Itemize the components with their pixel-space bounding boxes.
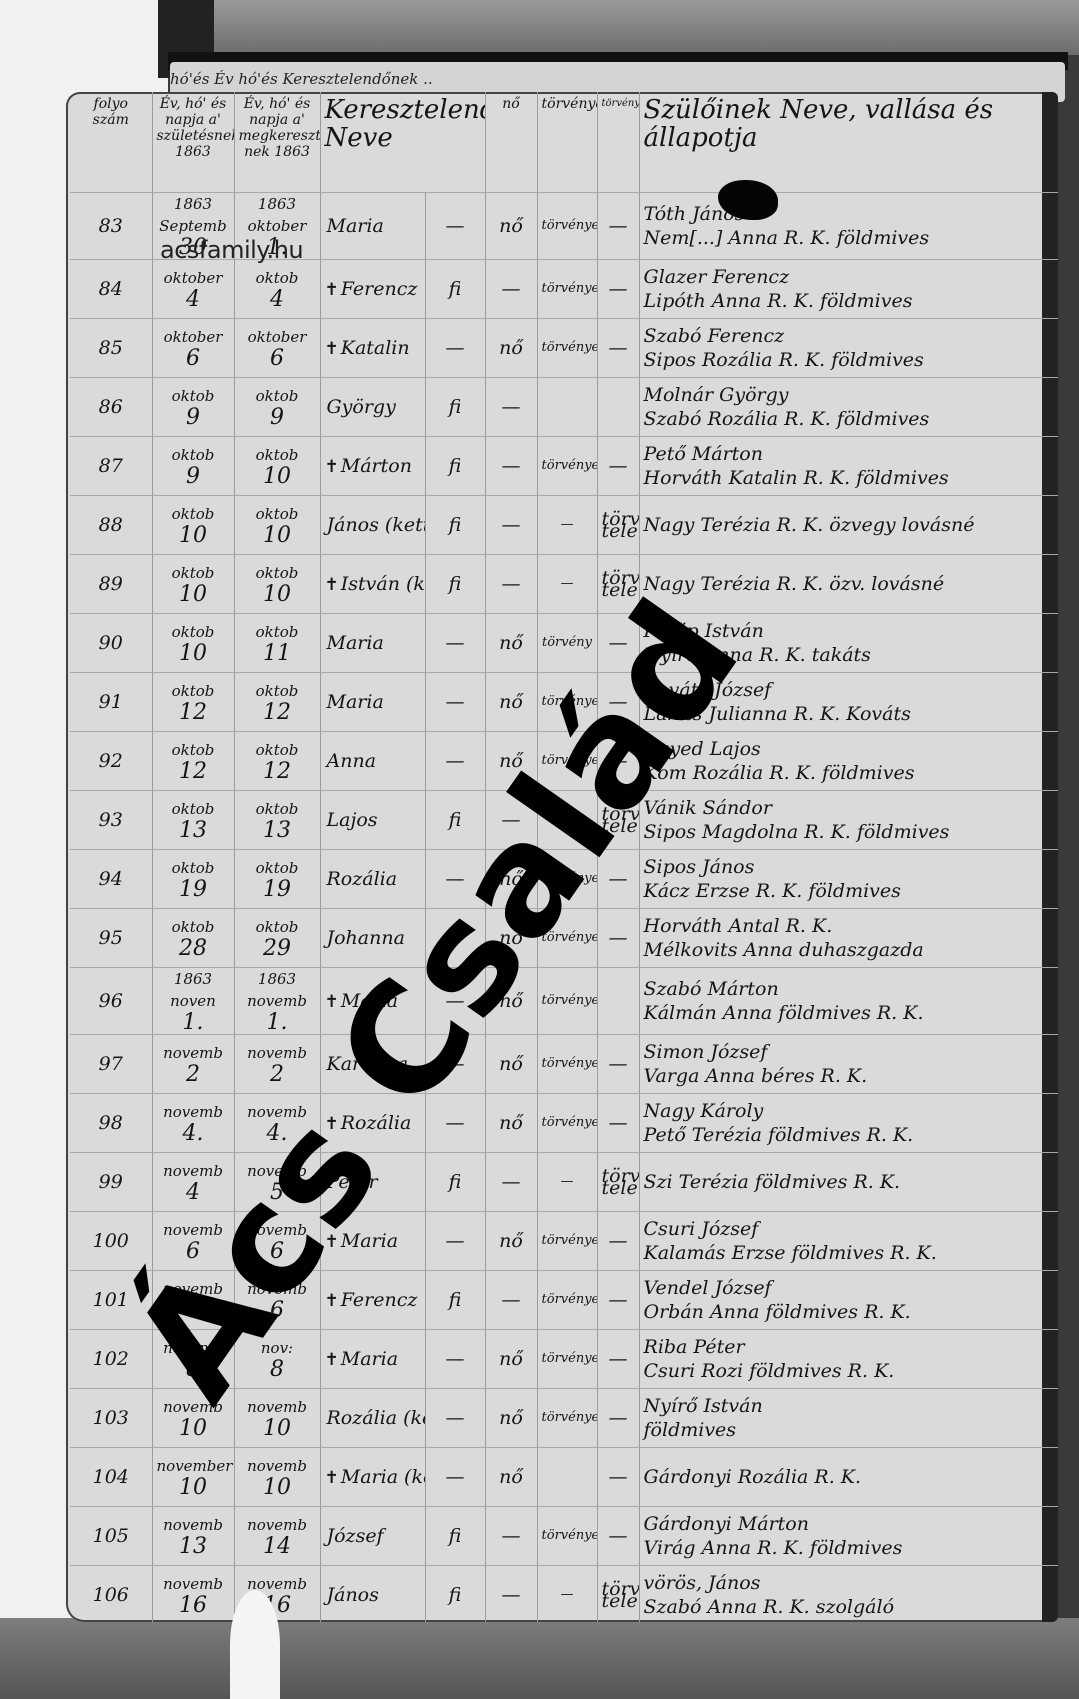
parent-line: Varga Anna béres R. K. <box>644 1064 1058 1088</box>
parent-line: Tóth János <box>644 202 1058 226</box>
entry-number: 95 <box>70 909 152 968</box>
male-mark: — <box>425 614 485 673</box>
entry-number: 93 <box>70 791 152 850</box>
baptism-day: 9 <box>239 407 316 429</box>
birth-month: oktob <box>157 739 230 761</box>
entry-number: 87 <box>70 437 152 496</box>
parents-info: vörös, JánosSzabó Anna R. K. szolgáló <box>639 1566 1058 1623</box>
male-mark: — <box>425 732 485 791</box>
birth-day: 13 <box>157 1536 230 1558</box>
parents-info: Simon JózsefVarga Anna béres R. K. <box>639 1035 1058 1094</box>
illegitimate-mark: — <box>597 1035 639 1094</box>
baptism-day: 4 <box>239 289 316 311</box>
deceased-cross-icon: ✝ <box>325 1350 339 1370</box>
parents-info: Szabó FerenczSipos Rozália R. K. földmiv… <box>639 319 1058 378</box>
parent-line: Nagy Terézia R. K. özv. lovásné <box>644 572 1058 596</box>
parent-line: Vendel József <box>644 1276 1058 1300</box>
register-row: 84oktober4oktob4✝Ferenczfi—törvényes—Gla… <box>70 260 1058 319</box>
baptism-date: oktob13 <box>234 791 320 850</box>
birth-day: 9 <box>157 407 230 429</box>
birth-month: 1863 noven <box>157 968 230 1012</box>
parents-info: Nagy KárolyPető Terézia földmives R. K. <box>639 1094 1058 1153</box>
illegitimate-mark: — <box>597 1212 639 1271</box>
parent-line: Glazer Ferencz <box>644 265 1058 289</box>
illegitimate-mark: törvény telen <box>597 496 639 555</box>
entry-number: 103 <box>70 1389 152 1448</box>
parent-line: Szabó Anna R. K. szolgáló <box>644 1595 1058 1619</box>
birth-date: oktob12 <box>152 673 234 732</box>
baptism-month: oktob <box>239 562 316 584</box>
scan-background-top <box>214 0 1079 55</box>
birth-month: novemb <box>157 1042 230 1064</box>
child-name-text: Maria (kettős) <box>341 1466 425 1488</box>
parent-line: Horváth Katalin R. K. földmives <box>644 466 1058 490</box>
child-name: Maria <box>320 614 425 673</box>
baptism-day: 19 <box>239 879 316 901</box>
legitimate-mark <box>537 378 597 437</box>
parents-info: Pető MártonHorváth Katalin R. K. földmiv… <box>639 437 1058 496</box>
child-name-text: Maria <box>327 215 384 237</box>
register-row: 87oktob9oktob10✝Mártonfi—törvényes—Pető … <box>70 437 1058 496</box>
birth-date: novemb4. <box>152 1094 234 1153</box>
illegitimate-mark: — <box>597 193 639 260</box>
legitimate-mark <box>537 1448 597 1507</box>
entry-number: 89 <box>70 555 152 614</box>
parents-info: Szabó MártonKálmán Anna földmives R. K. <box>639 968 1058 1035</box>
baptism-date: oktober6 <box>234 319 320 378</box>
birth-month: novemb <box>157 1101 230 1123</box>
underlying-page-header: hó'és Év hó'és Keresztelendőnek .. <box>170 70 433 88</box>
legitimate-mark: törvényes <box>537 1094 597 1153</box>
col-header-number: folyo szám <box>70 92 152 193</box>
register-row: 90oktob10oktob11Maria—nőtörvény—Fülöp Is… <box>70 614 1058 673</box>
scan-background-bottom <box>0 1618 1079 1699</box>
header-row: folyo szám Év, hó' és napja a' születésn… <box>70 92 1058 193</box>
male-mark: fi <box>425 378 485 437</box>
baptism-month: oktob <box>239 267 316 289</box>
parent-line: Horváth Antal R. K. <box>644 914 1058 938</box>
female-mark: — <box>485 496 537 555</box>
baptism-date: novemb14 <box>234 1507 320 1566</box>
entry-number: 97 <box>70 1035 152 1094</box>
child-name: Rozália (kettős) <box>320 1389 425 1448</box>
birth-date: oktob28 <box>152 909 234 968</box>
male-mark: — <box>425 319 485 378</box>
parents-info: Nyírő Istvánföldmives <box>639 1389 1058 1448</box>
female-mark: nő <box>485 193 537 260</box>
parents-info: Nagy Terézia R. K. özv. lovásné <box>639 555 1058 614</box>
baptism-day: 10 <box>239 584 316 606</box>
baptism-day: 29 <box>239 938 316 960</box>
register-row: 98novemb4.novemb4.✝Rozália—nőtörvényes—N… <box>70 1094 1058 1153</box>
baptism-date: oktob10 <box>234 555 320 614</box>
deceased-cross-icon: ✝ <box>325 339 339 359</box>
birth-date: oktob13 <box>152 791 234 850</box>
parent-line: Pető Márton <box>644 442 1058 466</box>
baptism-date: oktob29 <box>234 909 320 968</box>
baptism-day: 12 <box>239 702 316 724</box>
female-mark: — <box>485 1566 537 1623</box>
birth-date: oktob9 <box>152 437 234 496</box>
parents-info: Glazer FerenczLipóth Anna R. K. földmive… <box>639 260 1058 319</box>
baptism-month: oktob <box>239 916 316 938</box>
parent-line: Orbán Anna földmives R. K. <box>644 1300 1058 1324</box>
baptism-day: 10 <box>239 1477 316 1499</box>
female-mark: — <box>485 1153 537 1212</box>
birth-month: oktob <box>157 562 230 584</box>
baptism-day: 10 <box>239 1418 316 1440</box>
entry-number: 98 <box>70 1094 152 1153</box>
entry-number: 92 <box>70 732 152 791</box>
child-name-text: Márton <box>341 455 412 477</box>
baptism-day: 12 <box>239 761 316 783</box>
male-mark: — <box>425 1212 485 1271</box>
register-row: 97novemb2novemb2Karolina—nőtörvényes—Sim… <box>70 1035 1058 1094</box>
birth-month: oktob <box>157 798 230 820</box>
parent-line: Nem[...] Anna R. K. földmives <box>644 226 1058 250</box>
birth-month: oktob <box>157 503 230 525</box>
illegitimate-mark <box>597 968 639 1035</box>
child-name-text: Lajos <box>327 809 378 831</box>
illegitimate-mark: — <box>597 437 639 496</box>
birth-month: oktob <box>157 385 230 407</box>
child-name: Lajos <box>320 791 425 850</box>
birth-day: 2 <box>157 1064 230 1086</box>
legitimate-mark: törvényes <box>537 319 597 378</box>
parent-line: Pető Terézia földmives R. K. <box>644 1123 1058 1147</box>
entry-number: 94 <box>70 850 152 909</box>
birth-month: oktob <box>157 444 230 466</box>
female-mark: nő <box>485 1389 537 1448</box>
child-name-text: Ferencz <box>341 1289 418 1311</box>
birth-month: 1863 Septemb <box>157 193 230 237</box>
male-mark: — <box>425 1389 485 1448</box>
birth-date: oktob19 <box>152 850 234 909</box>
entry-number: 91 <box>70 673 152 732</box>
illegitimate-mark: — <box>597 1094 639 1153</box>
baptism-month: novemb <box>239 1514 316 1536</box>
baptism-date: oktob9 <box>234 378 320 437</box>
child-name: Maria <box>320 193 425 260</box>
parent-line: Virág Anna R. K. földmives <box>644 1536 1058 1560</box>
birth-month: november <box>157 1455 230 1477</box>
entry-number: 88 <box>70 496 152 555</box>
legitimate-mark: törvényes <box>537 1271 597 1330</box>
parents-info: Horváth Antal R. K.Mélkovits Anna duhasz… <box>639 909 1058 968</box>
child-name: ✝Maria <box>320 1330 425 1389</box>
parent-line: Kalamás Erzse földmives R. K. <box>644 1241 1058 1265</box>
parent-line: Sipos Magdolna R. K. földmives <box>644 820 1058 844</box>
female-mark: — <box>485 1507 537 1566</box>
birth-date: novemb2 <box>152 1035 234 1094</box>
baptism-day: 11 <box>239 643 316 665</box>
male-mark: fi <box>425 437 485 496</box>
entry-number: 99 <box>70 1153 152 1212</box>
legitimate-mark: törvényesek <box>537 1389 597 1448</box>
female-mark: nő <box>485 319 537 378</box>
birth-date: oktob10 <box>152 555 234 614</box>
entry-number: 90 <box>70 614 152 673</box>
baptism-date: 1863 novemb1. <box>234 968 320 1035</box>
male-mark: fi <box>425 1271 485 1330</box>
entry-number: 83 <box>70 193 152 260</box>
parent-line: földmives <box>644 1418 1058 1442</box>
child-name-text: György <box>327 396 396 418</box>
baptism-day: 10 <box>239 466 316 488</box>
legitimate-mark: törvényes <box>537 437 597 496</box>
baptism-day: 14 <box>239 1536 316 1558</box>
illegitimate-mark: — <box>597 1507 639 1566</box>
birth-date: oktob9 <box>152 378 234 437</box>
baptism-date: oktob12 <box>234 732 320 791</box>
parent-line: Molnár György <box>644 383 1058 407</box>
birth-month: novemb <box>157 1514 230 1536</box>
child-name: ✝Márton <box>320 437 425 496</box>
parent-line: Gárdonyi Márton <box>644 1512 1058 1536</box>
baptism-month: oktob <box>239 680 316 702</box>
birth-day: 13 <box>157 820 230 842</box>
page-tab <box>230 1590 280 1699</box>
col-header-female: nő <box>485 92 537 193</box>
child-name: ✝Maria (kettős) <box>320 1448 425 1507</box>
baptism-day: 13 <box>239 820 316 842</box>
birth-day: 16 <box>157 1595 230 1617</box>
child-name-text: János (kettős) <box>327 514 426 536</box>
baptism-date: oktob11 <box>234 614 320 673</box>
birth-day: 4 <box>157 289 230 311</box>
birth-day: 10 <box>157 1477 230 1499</box>
legitimate-mark: — <box>537 1566 597 1623</box>
baptism-month: 1863 novemb <box>239 968 316 1012</box>
baptism-month: oktob <box>239 503 316 525</box>
entry-number: 104 <box>70 1448 152 1507</box>
entry-number: 96 <box>70 968 152 1035</box>
register-row: 104november10novemb10✝Maria (kettős)—nő—… <box>70 1448 1058 1507</box>
child-name: János <box>320 1566 425 1623</box>
parents-info: Sipos JánosKácz Erzse R. K. földmives <box>639 850 1058 909</box>
parent-line: Sipos Rozália R. K. földmives <box>644 348 1058 372</box>
birth-day: 10 <box>157 584 230 606</box>
male-mark: — <box>425 1448 485 1507</box>
male-mark: fi <box>425 260 485 319</box>
child-name-text: Maria <box>341 1348 398 1370</box>
baptism-month: oktober <box>239 326 316 348</box>
parents-info: Tóth JánosNem[...] Anna R. K. földmives <box>639 193 1058 260</box>
entry-number: 85 <box>70 319 152 378</box>
col-header-birth-date: Év, hó' és napja a' születésnek 1863 <box>152 92 234 193</box>
child-name: György <box>320 378 425 437</box>
birth-date: november10 <box>152 1448 234 1507</box>
parent-line: Nagy Terézia R. K. özvegy lovásné <box>644 513 1058 537</box>
birth-month: oktober <box>157 267 230 289</box>
child-name-text: Maria <box>327 632 384 654</box>
entry-number: 106 <box>70 1566 152 1623</box>
baptism-month: oktob <box>239 385 316 407</box>
register-row: 85oktober6oktober6✝Katalin—nőtörvényes—S… <box>70 319 1058 378</box>
birth-date: oktober4 <box>152 260 234 319</box>
birth-month: oktober <box>157 326 230 348</box>
female-mark: nő <box>485 1094 537 1153</box>
parent-line: Kácz Erzse R. K. földmives <box>644 879 1058 903</box>
baptism-date: oktob4 <box>234 260 320 319</box>
parent-line: Sipos János <box>644 855 1058 879</box>
parent-line: Nyírő István <box>644 1394 1058 1418</box>
baptism-day: 6 <box>239 348 316 370</box>
legitimate-mark: — <box>537 555 597 614</box>
parent-line: Vánik Sándor <box>644 796 1058 820</box>
birth-day: 12 <box>157 702 230 724</box>
register-row: 89oktob10oktob10✝István (kettős)fi——törv… <box>70 555 1058 614</box>
birth-day: 28 <box>157 938 230 960</box>
illegitimate-mark: — <box>597 1330 639 1389</box>
baptism-date: oktob10 <box>234 437 320 496</box>
illegitimate-mark: — <box>597 909 639 968</box>
female-mark: nő <box>485 1448 537 1507</box>
parent-line: Csuri József <box>644 1217 1058 1241</box>
birth-day: 10 <box>157 643 230 665</box>
illegitimate-mark: törvény telen <box>597 1153 639 1212</box>
legitimate-mark: törvényes <box>537 1507 597 1566</box>
deceased-cross-icon: ✝ <box>325 280 339 300</box>
baptism-month: oktob <box>239 739 316 761</box>
legitimate-mark: törvényes <box>537 1035 597 1094</box>
birth-date: novemb16 <box>152 1566 234 1623</box>
parent-line: Kálmán Anna földmives R. K. <box>644 1001 1058 1025</box>
parents-info: Vendel JózsefOrbán Anna földmives R. K. <box>639 1271 1058 1330</box>
female-mark: nő <box>485 1330 537 1389</box>
register-row: 86oktob9oktob9Györgyfi—Molnár GyörgySzab… <box>70 378 1058 437</box>
register-row: 106novemb16novemb16Jánosfi——törvény tele… <box>70 1566 1058 1623</box>
col-header-parents: Szülőinek Neve, vallása és állapotja <box>639 92 1058 193</box>
parent-line: vörös, János <box>644 1571 1058 1595</box>
parent-line: Lipóth Anna R. K. földmives <box>644 289 1058 313</box>
parent-line: Gárdonyi Rozália R. K. <box>644 1465 1058 1489</box>
female-mark: — <box>485 437 537 496</box>
male-mark: — <box>425 673 485 732</box>
female-mark: — <box>485 260 537 319</box>
entry-number: 100 <box>70 1212 152 1271</box>
child-name: József <box>320 1507 425 1566</box>
child-name-text: István (kettős) <box>341 573 425 595</box>
child-name-text: József <box>327 1525 384 1547</box>
birth-day: 19 <box>157 879 230 901</box>
birth-month: oktob <box>157 621 230 643</box>
parents-info: Vánik SándorSipos Magdolna R. K. földmiv… <box>639 791 1058 850</box>
parent-line: Csuri Rozi földmives R. K. <box>644 1359 1058 1383</box>
parents-info: Molnár GyörgySzabó Rozália R. K. földmiv… <box>639 378 1058 437</box>
birth-day: 10 <box>157 1418 230 1440</box>
male-mark: fi <box>425 1566 485 1623</box>
legitimate-mark: törvényes <box>537 1212 597 1271</box>
illegitimate-mark: — <box>597 319 639 378</box>
female-mark: nő <box>485 1212 537 1271</box>
entry-number: 86 <box>70 378 152 437</box>
illegitimate-mark <box>597 378 639 437</box>
parent-line: Riba Péter <box>644 1335 1058 1359</box>
female-mark: nő <box>485 614 537 673</box>
birth-date: oktob12 <box>152 732 234 791</box>
child-name-text: Rozália (kettős) <box>327 1407 426 1429</box>
male-mark: fi <box>425 555 485 614</box>
parent-line: Szabó Ferencz <box>644 324 1058 348</box>
parent-line: Szabó Rozália R. K. földmives <box>644 407 1058 431</box>
male-mark: — <box>425 193 485 260</box>
baptism-month: oktob <box>239 798 316 820</box>
baptism-month: oktob <box>239 857 316 879</box>
parents-info: Gárdonyi Rozália R. K. <box>639 1448 1058 1507</box>
legitimate-mark: — <box>537 496 597 555</box>
baptism-date: oktob12 <box>234 673 320 732</box>
male-mark: fi <box>425 1507 485 1566</box>
parent-line: Szabó Márton <box>644 977 1058 1001</box>
baptism-month: novemb <box>239 1455 316 1477</box>
watermark-site: acsfamily.hu <box>160 236 303 264</box>
baptism-date: oktob19 <box>234 850 320 909</box>
child-name-text: Rozália <box>327 868 398 890</box>
parents-info: Szi Terézia földmives R. K. <box>639 1153 1058 1212</box>
birth-day: 9 <box>157 466 230 488</box>
birth-month: oktob <box>157 916 230 938</box>
illegitimate-mark: — <box>597 1271 639 1330</box>
child-name-text: Maria <box>327 691 384 713</box>
baptism-day: 10 <box>239 525 316 547</box>
birth-month: oktob <box>157 680 230 702</box>
male-mark: fi <box>425 496 485 555</box>
child-name: ✝Ferencz <box>320 260 425 319</box>
male-mark: fi <box>425 1153 485 1212</box>
birth-date: novemb13 <box>152 1507 234 1566</box>
child-name: Anna <box>320 732 425 791</box>
child-name-text: János <box>327 1584 379 1606</box>
birth-date: oktob10 <box>152 496 234 555</box>
col-header-illegitimate: törvénytelen <box>597 92 639 193</box>
parents-info: Csuri JózsefKalamás Erzse földmives R. K… <box>639 1212 1058 1271</box>
illegitimate-mark: — <box>597 1448 639 1507</box>
birth-day: 4. <box>157 1123 230 1145</box>
deceased-cross-icon: ✝ <box>325 575 339 595</box>
parent-line: Mélkovits Anna duhaszgazda <box>644 938 1058 962</box>
register-row: 105novemb13novemb14Józseffi—törvényes—Gá… <box>70 1507 1058 1566</box>
deceased-cross-icon: ✝ <box>325 1468 339 1488</box>
female-mark: — <box>485 555 537 614</box>
birth-date: 1863 noven1. <box>152 968 234 1035</box>
register-row: 88oktob10oktob10János (kettős)fi——törvén… <box>70 496 1058 555</box>
legitimate-mark: törvényes <box>537 260 597 319</box>
parents-info: Gárdonyi MártonVirág Anna R. K. földmive… <box>639 1507 1058 1566</box>
birth-date: oktober6 <box>152 319 234 378</box>
illegitimate-mark: — <box>597 1389 639 1448</box>
baptism-month: oktob <box>239 444 316 466</box>
parents-info: Nagy Terézia R. K. özvegy lovásné <box>639 496 1058 555</box>
child-name: Maria <box>320 673 425 732</box>
col-header-baptism-date: Év, hó' és napja a' megkeresztelteté-nek… <box>234 92 320 193</box>
male-mark: — <box>425 1330 485 1389</box>
baptism-month: 1863 oktober <box>239 193 316 237</box>
birth-day: 10 <box>157 525 230 547</box>
child-name-text: Anna <box>327 750 377 772</box>
entry-number: 105 <box>70 1507 152 1566</box>
entry-number: 84 <box>70 260 152 319</box>
child-name-text: Katalin <box>341 337 410 359</box>
legitimate-mark: törvényes <box>537 1330 597 1389</box>
parent-line: Nagy Károly <box>644 1099 1058 1123</box>
birth-month: oktob <box>157 857 230 879</box>
parent-line: Szi Terézia földmives R. K. <box>644 1170 1058 1194</box>
parent-line: Simon József <box>644 1040 1058 1064</box>
child-name: ✝István (kettős) <box>320 555 425 614</box>
birth-day: 6 <box>157 348 230 370</box>
illegitimate-mark: — <box>597 260 639 319</box>
